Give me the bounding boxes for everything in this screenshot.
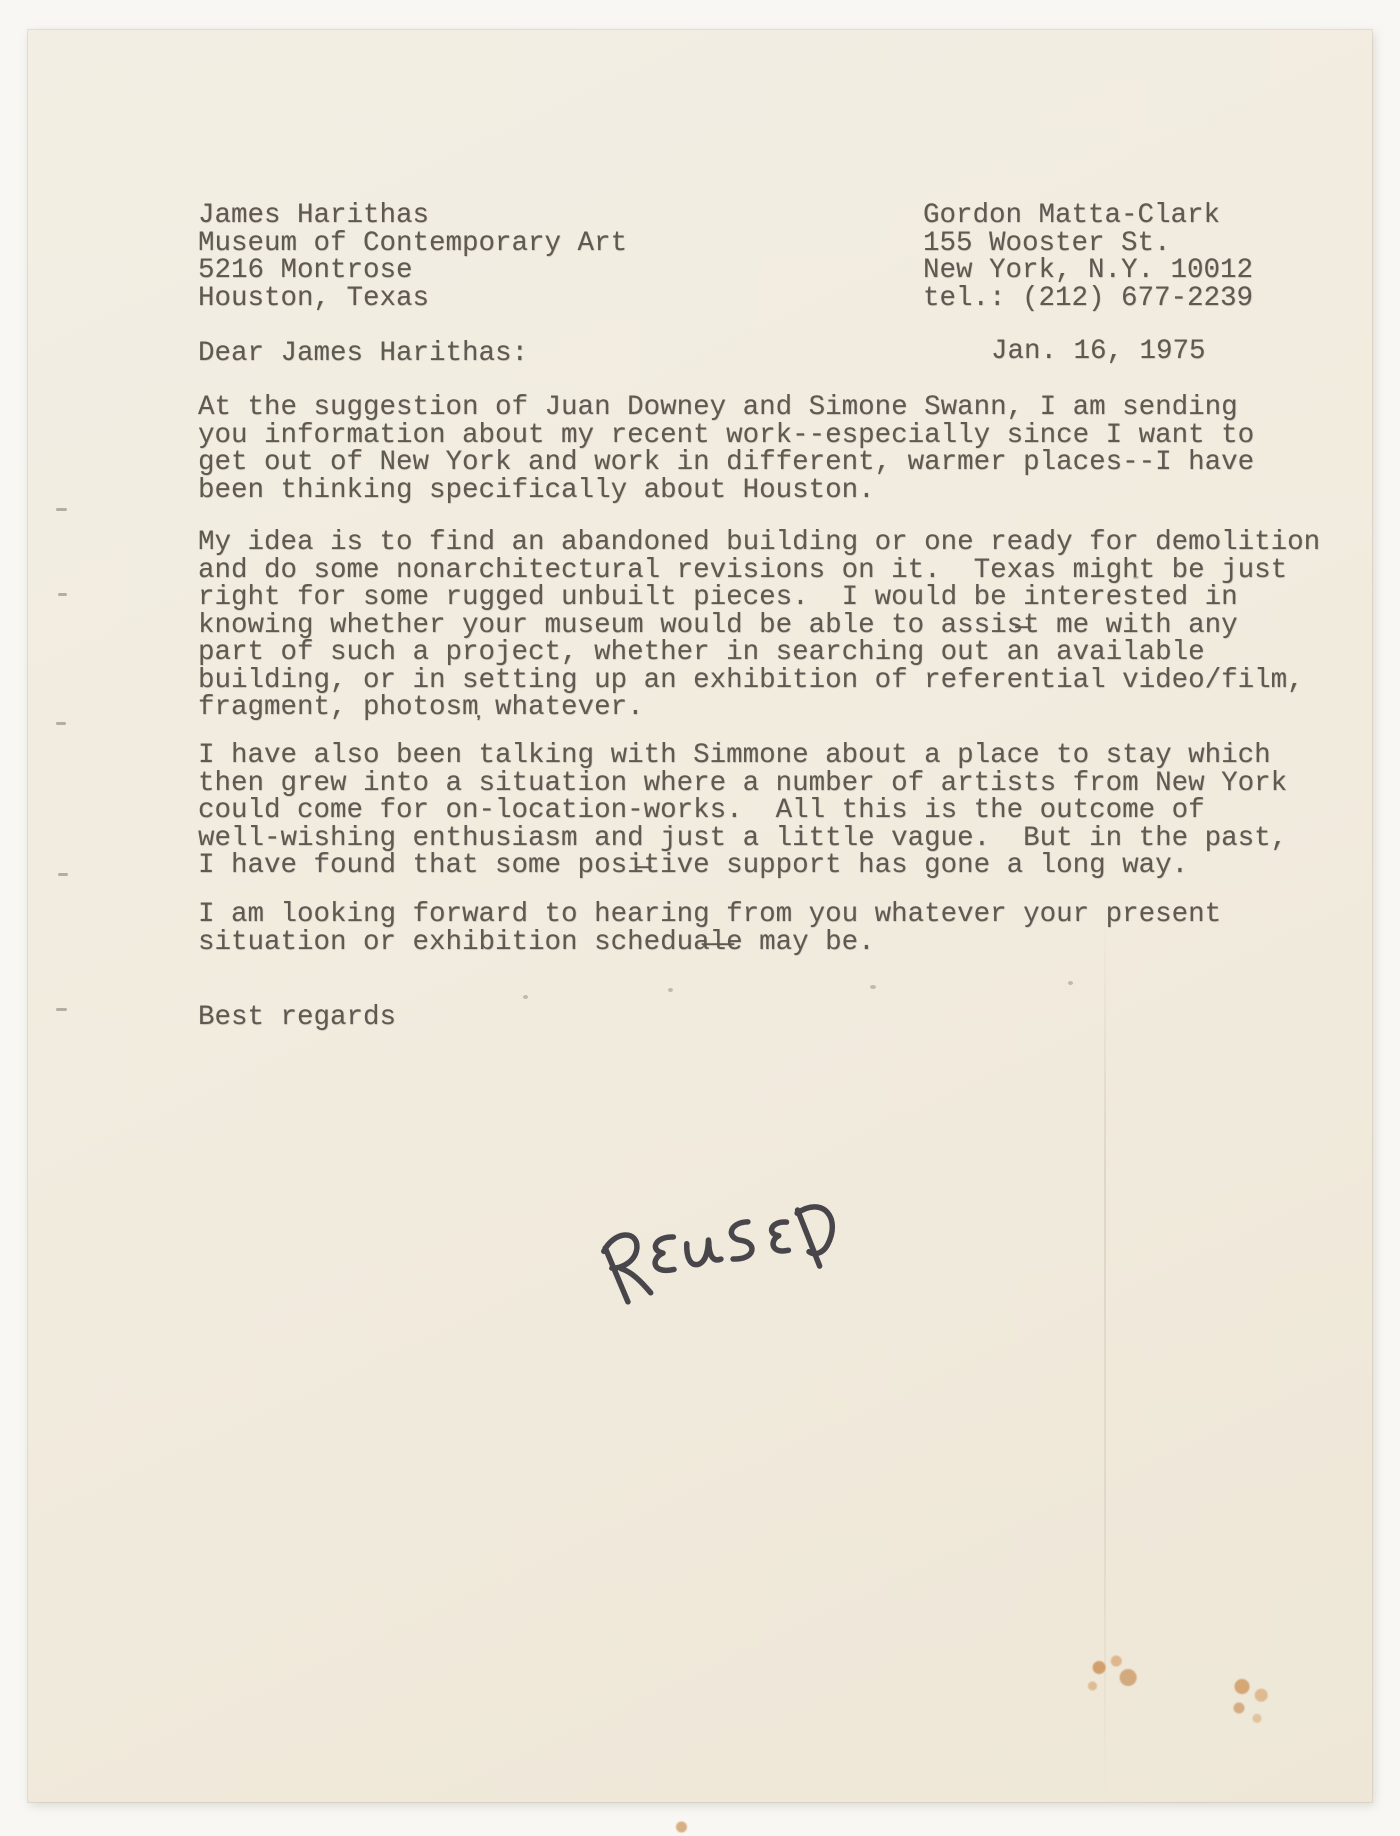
recipient-address-block: James Harithas Museum of Contemporary Ar… bbox=[198, 202, 627, 312]
margin-mark bbox=[56, 722, 66, 725]
foxing-stain bbox=[1224, 1672, 1284, 1730]
salutation-line: Dear James Harithas: bbox=[198, 340, 528, 368]
date-line: Jan. 16, 1975 bbox=[991, 338, 1206, 366]
margin-mark bbox=[58, 593, 67, 596]
foxing-stain bbox=[673, 1820, 690, 1834]
handwriting-strokes-icon bbox=[586, 1177, 854, 1320]
ink-speck bbox=[1133, 576, 1139, 579]
body-paragraph-1: At the suggestion of Juan Downey and Sim… bbox=[198, 394, 1254, 504]
handwritten-reused-annotation: REUSED bbox=[586, 1177, 854, 1320]
scanned-letter-page: James Harithas Museum of Contemporary Ar… bbox=[0, 0, 1400, 1836]
ink-speck bbox=[1068, 981, 1073, 985]
body-paragraph-3: I have also been talking with Simmone ab… bbox=[198, 742, 1287, 880]
closing-line: Best regards bbox=[198, 1004, 396, 1032]
margin-mark bbox=[56, 1008, 67, 1011]
letter-paper-sheet: James Harithas Museum of Contemporary Ar… bbox=[28, 30, 1372, 1802]
margin-mark bbox=[56, 508, 67, 511]
foxing-stain bbox=[1078, 1650, 1144, 1700]
ink-speck bbox=[870, 985, 876, 989]
margin-mark bbox=[58, 873, 68, 876]
body-paragraph-2: My idea is to find an abandoned building… bbox=[198, 529, 1320, 722]
ink-speck bbox=[668, 988, 673, 992]
sender-address-block: Gordon Matta-Clark 155 Wooster St. New Y… bbox=[923, 202, 1253, 312]
body-paragraph-4: I am looking forward to hearing from you… bbox=[198, 901, 1221, 956]
ink-speck bbox=[523, 995, 528, 999]
